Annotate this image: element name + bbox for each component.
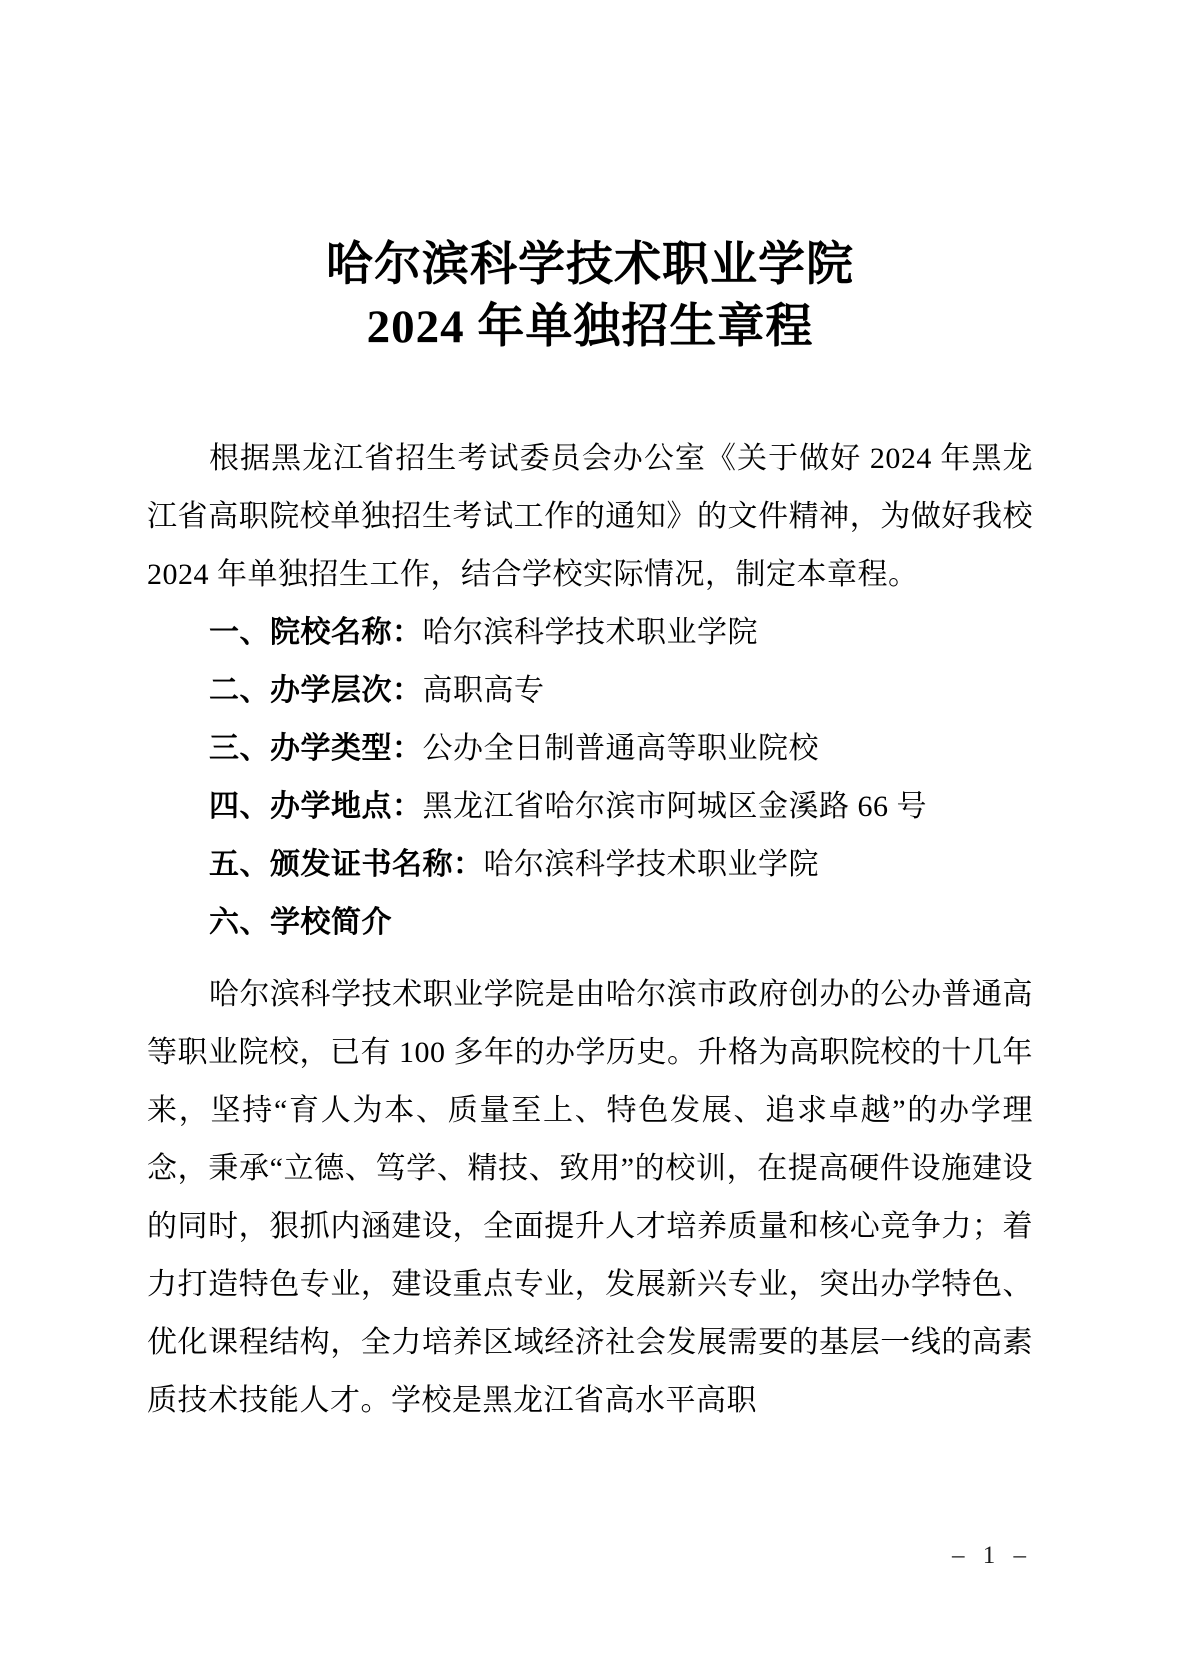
list-item-certificate-name: 五、颁发证书名称：哈尔滨科学技术职业学院 <box>147 836 1033 894</box>
list-item-school-location: 四、办学地点：黑龙江省哈尔滨市阿城区金溪路 66 号 <box>147 778 1033 836</box>
list-item-label: 三、办学类型： <box>209 732 423 765</box>
list-item-label: 二、办学层次： <box>209 674 423 707</box>
document-title: 哈尔滨科学技术职业学院 2024 年单独招生章程 <box>147 0 1033 358</box>
list-item-value: 公办全日制普通高等职业院校 <box>423 732 820 765</box>
list-item-school-type: 三、办学类型：公办全日制普通高等职业院校 <box>147 720 1033 778</box>
list-item-label: 一、院校名称： <box>209 616 423 649</box>
list-item-label: 五、颁发证书名称： <box>209 848 484 881</box>
list-item-education-level: 二、办学层次：高职高专 <box>147 662 1033 720</box>
list-item-school-name: 一、院校名称：哈尔滨科学技术职业学院 <box>147 604 1033 662</box>
school-intro-paragraph: 哈尔滨科学技术职业学院是由哈尔滨市政府创办的公办普通高等职业院校，已有 100 … <box>147 966 1033 1430</box>
list-item-label: 四、办学地点： <box>209 790 423 823</box>
list-item-value: 黑龙江省哈尔滨市阿城区金溪路 66 号 <box>423 790 928 823</box>
title-line-1: 哈尔滨科学技术职业学院 <box>147 234 1033 296</box>
list-item-value: 哈尔滨科学技术职业学院 <box>484 848 820 881</box>
document-page: 哈尔滨科学技术职业学院 2024 年单独招生章程 根据黑龙江省招生考试委员会办公… <box>0 0 1180 1668</box>
list-item-value: 哈尔滨科学技术职业学院 <box>423 616 759 649</box>
intro-paragraph: 根据黑龙江省招生考试委员会办公室《关于做好 2024 年黑龙江省高职院校单独招生… <box>147 430 1033 604</box>
title-line-2: 2024 年单独招生章程 <box>147 296 1033 358</box>
list-item-value: 高职高专 <box>423 674 545 707</box>
page-number: – 1 – <box>952 1542 1032 1570</box>
list-item-school-profile-heading: 六、学校简介 <box>147 894 1033 952</box>
list-item-label: 六、学校简介 <box>209 906 392 939</box>
